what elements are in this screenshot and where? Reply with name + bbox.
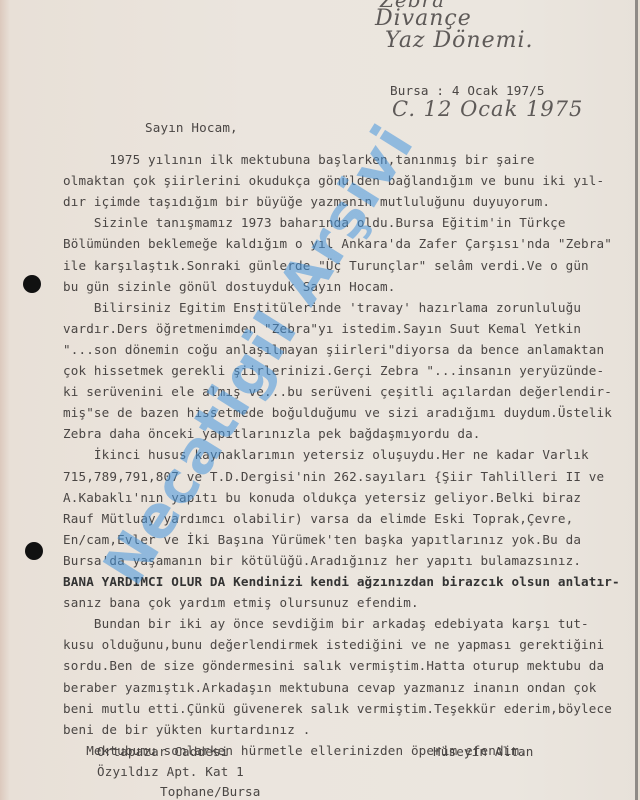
signature: Hüseyin Altan [433,744,534,759]
body-line: İkinci husus kaynaklarımın yetersiz oluş… [63,447,589,462]
body-line: ki serüvenini ele almış ve...bu serüveni… [63,384,612,399]
body-line: 1975 yılının ilk mektubuna başlarken,tan… [63,152,535,167]
body-line: dır içimde taşıdığım bir büyüğe yazmanın… [63,194,550,209]
address-line2: Özyıldız Apt. Kat 1 [97,764,244,779]
punch-hole [23,275,41,293]
date-line: Bursa : 4 Ocak 197/5 [390,83,545,98]
letter-page: Zebra Divançe Yaz Dönemi. Bursa : 4 Ocak… [0,0,638,800]
body-line: "...son dönemin coğu anlaşılmayan şiirle… [63,342,604,357]
body-line: Zebra daha önceki yapıtlarınızla pek bağ… [63,426,481,441]
body-line: Bölümünden beklemeğe kaldığım o yıl Anka… [63,236,612,251]
body-line: miş"se de bazen hissetmede boğulduğumu v… [63,405,612,420]
body-line: kusu olduğunu,bunu değerlendirmek istedi… [63,637,604,652]
body-line: sordu.Ben de size göndermesini salık ver… [63,658,604,673]
body-line: çok hissetmek gerekli şiirlerinizi.Gerçi… [63,363,604,378]
body-line: beni mutlu etti.Çünkü güvenerek salık ve… [63,701,612,716]
handwritten-note-line2: Yaz Dönemi. [385,28,533,53]
handwritten-date: C. 12 Ocak 1975 [392,97,583,121]
page-edge [635,0,638,800]
body-line: BANA YARDIMCI OLUR DA Kendinizi kendi ağ… [63,574,620,589]
address-line1: Ortapazar Caddesi [97,744,228,759]
salutation: Sayın Hocam, [145,120,238,135]
body-line: bu gün sizinle gönül dostuyduk Sayın Hoc… [63,279,395,294]
body-line: Bundan bir iki ay önce sevdiğim bir arka… [63,616,589,631]
address-line3: Tophane/Bursa [160,784,261,799]
body-line: 715,789,791,807 ve T.D.Dergisi'nin 262.s… [63,469,604,484]
body-line: Bilirsiniz Egitim Enstitülerinde 'travay… [63,300,581,315]
body-line: ile karşılaştık.Sonraki günlerde "Üç Tur… [63,258,589,273]
body-line: beraber yazmıştık.Arkadaşın mektubuna ce… [63,680,597,695]
punch-hole [25,542,43,560]
body-line: Rauf Mütluay yardımcı olabilir) varsa da… [63,511,573,526]
body-line: vardır.Ders öğretmenimden "Zebra"yı iste… [63,321,581,336]
body-line: Bursa'da yaşamanın bir kötülüğü.Aradığın… [63,553,581,568]
body-line: A.Kabaklı'nın yapıtı bu konuda oldukça y… [63,490,581,505]
body-line: beni de bir yükten kurtardınız . [63,722,310,737]
body-line: En/cam,Evler ve İki Başına Yürümek'ten b… [63,532,581,547]
body-line: Sizinle tanışmamız 1973 baharında oldu.B… [63,215,566,230]
body-line: olmaktan çok şiirlerini okudukça gönülde… [63,173,604,188]
body-line: sanız bana çok yardım etmiş olursunuz ef… [63,595,419,610]
